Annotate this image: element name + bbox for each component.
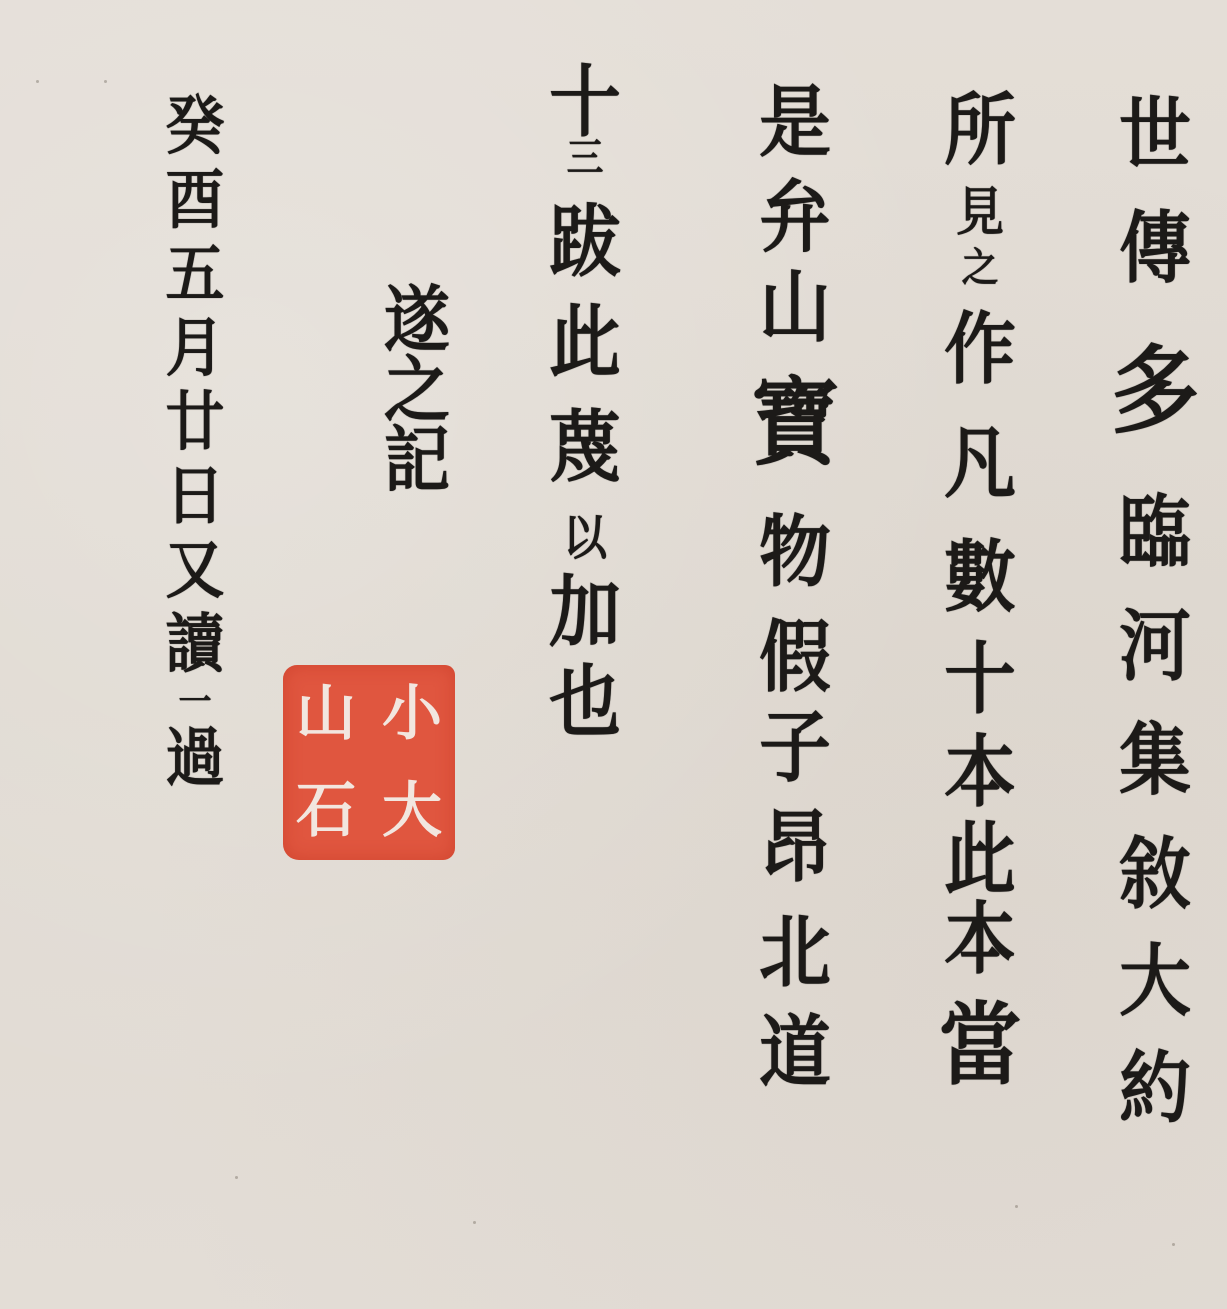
glyph: 此 (944, 820, 1016, 900)
red-seal-stamp: 山 小 石 大 (283, 665, 455, 860)
glyph: 蔑 (549, 388, 621, 508)
glyph: 是 (759, 78, 831, 168)
glyph: 酉 (166, 164, 225, 238)
glyph: 山 (759, 268, 831, 348)
glyph: 數 (944, 521, 1016, 635)
glyph: 作 (944, 293, 1016, 407)
paper-speck (473, 1221, 476, 1224)
glyph: 敘 (1119, 818, 1191, 932)
paper-speck (1172, 1243, 1175, 1246)
glyph: 當 (939, 980, 1022, 1110)
glyph: 所 (944, 78, 1016, 183)
glyph: 記 (384, 425, 450, 495)
calligraphy-column-4: 十 三 跋 此 蔑 以 加 也 (530, 78, 640, 748)
glyph: 北 (759, 908, 831, 998)
glyph: 弁 (759, 168, 831, 268)
glyph: 月 (166, 312, 225, 386)
artist-signature: 遂 之 記 (365, 285, 470, 495)
glyph: 一 (178, 682, 211, 722)
glyph: 也 (549, 658, 621, 748)
glyph: 道 (759, 998, 831, 1108)
glyph: 本 (944, 900, 1016, 980)
paper-speck (235, 1176, 238, 1179)
glyph: 之 (962, 243, 999, 293)
calligraphy-column-3: 是 弁 山 寶 物 假 子 昂 北 道 (740, 78, 850, 1108)
glyph: 遂 (384, 285, 450, 355)
glyph: 物 (759, 498, 831, 608)
glyph: 十 (944, 635, 1016, 725)
paper-speck (104, 80, 107, 83)
calligraphy-column-2: 所 見 之 作 凡 數 十 本 此 本 當 (925, 78, 1035, 1110)
seal-glyph: 小 (369, 665, 455, 763)
calligraphy-column-1: 世 傳 多 臨 河 集 敘 大 約 (1100, 78, 1210, 1146)
glyph: 之 (384, 355, 450, 425)
paper-speck (1015, 1205, 1018, 1208)
glyph: 假 (759, 608, 831, 708)
glyph: 又 (166, 534, 225, 608)
seal-glyph: 大 (369, 763, 455, 861)
glyph: 多 (1111, 306, 1199, 476)
glyph: 加 (549, 568, 621, 658)
glyph: 讀 (166, 608, 225, 682)
glyph: 臨 (1119, 476, 1191, 590)
glyph: 約 (1119, 1032, 1191, 1146)
glyph: 集 (1119, 704, 1191, 818)
glyph: 寶 (751, 348, 839, 498)
glyph: 大 (1119, 932, 1191, 1032)
dated-inscription: 癸 酉 五 月 廿 日 又 讀 一 過 (150, 90, 240, 796)
glyph: 癸 (166, 90, 225, 164)
glyph: 子 (759, 708, 831, 788)
paper-speck (36, 80, 39, 83)
glyph: 本 (944, 725, 1016, 820)
glyph: 見 (956, 183, 1004, 243)
glyph: 五 (166, 238, 225, 312)
seal-glyph: 石 (283, 763, 369, 861)
glyph: 以 (563, 508, 607, 568)
seal-glyph: 山 (283, 665, 369, 763)
glyph: 傳 (1119, 192, 1191, 306)
glyph: 世 (1119, 78, 1191, 192)
glyph: 十 (549, 78, 621, 128)
glyph: 三 (567, 128, 604, 188)
glyph: 昂 (759, 788, 831, 908)
glyph: 日 (166, 460, 225, 534)
glyph: 過 (166, 722, 225, 796)
glyph: 廿 (166, 386, 225, 460)
glyph: 跋 (549, 188, 621, 298)
glyph: 河 (1119, 590, 1191, 704)
glyph: 此 (549, 298, 621, 388)
glyph: 凡 (944, 407, 1016, 521)
